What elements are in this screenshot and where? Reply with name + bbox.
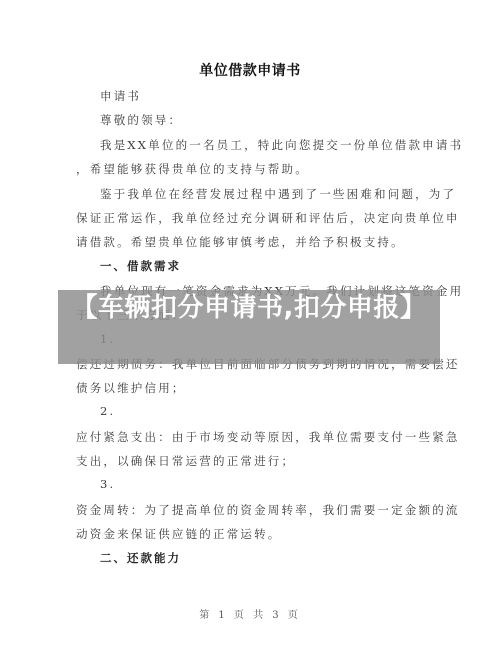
- body-text-line: 资金周转：为了提高单位的资金周转率，我们需要一定金额的流: [76, 502, 460, 518]
- body-text-line: 鉴于我单位在经营发展过程中遇到了一些困难和问题，为了: [100, 186, 456, 202]
- document-title: 单位借款申请书: [0, 60, 500, 80]
- body-text-line: 请借款。希望贵单位能够审慎考虑，并给予积极支持。: [76, 234, 405, 250]
- body-text-line: 动资金来保证供应链的正常运转。: [76, 526, 282, 542]
- body-text-line: 尊敬的领导：: [100, 112, 182, 128]
- body-text-line: 保证正常运作，我单位经过充分调研和评估后，决定向贵单位申: [76, 210, 460, 226]
- section-heading: 二、还款能力: [100, 550, 181, 566]
- page-footer: 第 1 页 共 3 页: [0, 606, 500, 621]
- document-page: 单位借款申请书 申请书尊敬的领导：我是XX单位的一名员工，特此向您提交一份单位借…: [0, 0, 500, 647]
- body-text-line: 申请书: [100, 88, 141, 104]
- overlay-banner-title: 【车辆扣分申请书,扣分申报】: [58, 290, 440, 326]
- section-heading: 一、借款需求: [100, 258, 181, 274]
- body-text-line: 债务以维护信用；: [76, 380, 186, 396]
- body-text-line: 支出，以确保日常运营的正常进行；: [76, 453, 295, 469]
- body-text-line: 2.: [100, 404, 115, 418]
- body-text-line: 应付紧急支出：由于市场变动等原因，我单位需要支付一些紧急: [76, 429, 460, 445]
- body-text-line: 我是XX单位的一名员工，特此向您提交一份单位借款申请书: [100, 137, 463, 153]
- body-text-line: 3.: [100, 477, 115, 491]
- body-text-line: ，希望能够获得贵单位的支持与帮助。: [76, 161, 309, 177]
